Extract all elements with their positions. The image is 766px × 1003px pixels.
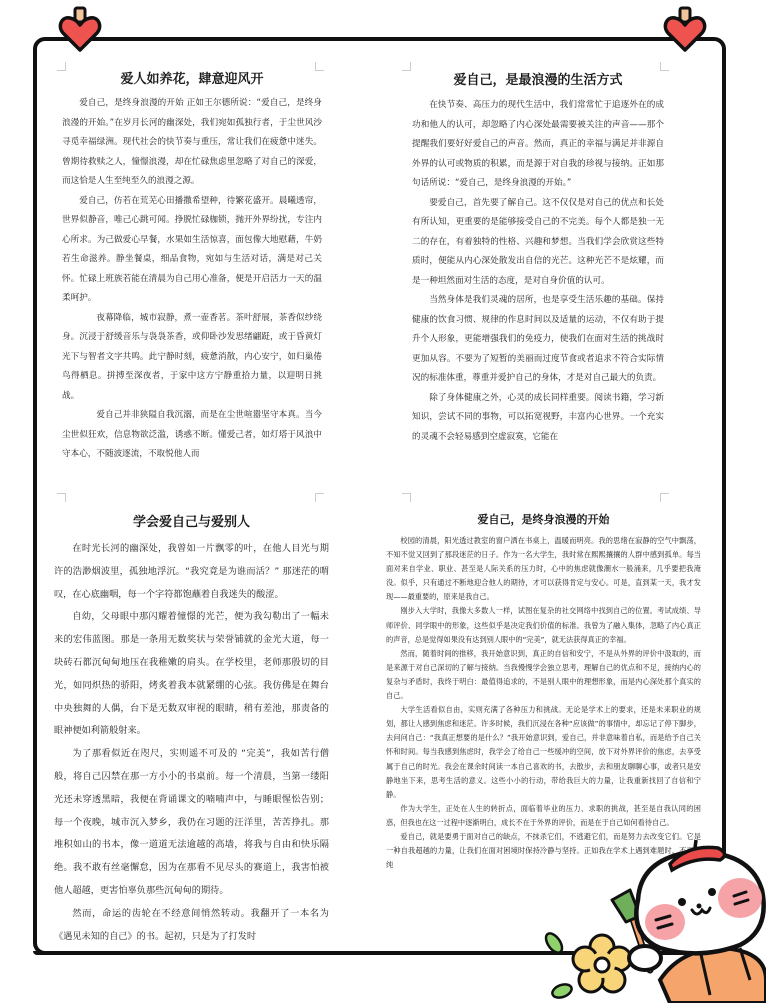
article-paragraph: 自幼，父母眼中那闪耀着憧憬的光芒，便为我勾勒出了一幅未来的宏伟蓝图。那是一条用无… (54, 606, 329, 743)
crop-mark (660, 493, 669, 502)
article-paragraph: 在时光长河的幽深处，我曾如一片飘零的叶，在他人目光与期许的浩渺烟波里，孤独地浮沉… (54, 538, 329, 606)
article-title: 爱自己，是最浪漫的生活方式 (412, 70, 664, 92)
article-paragraph: 爱自己，仿若在荒芜心田播撒希望种，待繁花盛开。晨曦透帘，世界似静音，唯己心跳可闻… (62, 192, 322, 309)
cat-painter-sticker-icon (600, 830, 766, 1003)
heart-pin-icon (663, 6, 707, 52)
article-paragraph: 然而，随着时间的推移，我开始意识到，真正的自信和安宁，不是从外界的评价中汲取的，… (386, 647, 701, 703)
crop-mark (402, 62, 411, 71)
crop-mark (57, 493, 66, 502)
article-page-3: 学会爱自己与爱别人 在时光长河的幽深处，我曾如一片飘零的叶，在他人目光与期许的浩… (54, 512, 329, 952)
article-paragraph: 爱自己并非狭隘自我沉溺，而是在尘世喧嚣坚守本真。当今尘世似狂欢，信息物欲泛滥，诱… (62, 406, 322, 465)
article-title: 爱自己，是终身浪漫的开始 (386, 510, 701, 530)
crop-mark (402, 493, 411, 502)
article-paragraph: 刚步入大学时，我像大多数人一样，试图在复杂的社交网络中找到自己的位置。考试成绩、… (386, 604, 701, 646)
article-title: 爱人如养花，肆意迎风开 (62, 70, 322, 90)
article-paragraph: 除了身体健康之外，心灵的成长同样重要。阅读书籍，学习新知识，尝试不同的事物，可以… (412, 389, 664, 448)
article-page-2: 爱自己，是最浪漫的生活方式 在快节奏、高压力的现代生活中，我们常常忙于追逐外在的… (412, 70, 664, 447)
article-paragraph: 在快节奏、高压力的现代生活中，我们常常忙于追逐外在的成功和他人的认可，却忽略了内… (412, 96, 664, 194)
article-paragraph: 爱自己，是终身浪漫的开始 正如王尔德所说：“爱自己，是终身浪漫的开始。”在岁月长… (62, 94, 322, 192)
article-paragraph: 夜幕降临，城市寂静，煮一壶香茗。茶叶舒展，茶香似纱绕身。沉浸于舒缓音乐与袅袅茶香… (62, 309, 322, 407)
article-title: 学会爱自己与爱别人 (54, 512, 329, 534)
article-paragraph: 要爱自己，首先要了解自己。这不仅仅是对自己的优点和长处有所认知，更重要的是能够接… (412, 194, 664, 292)
article-paragraph: 作为大学生，正处在人生的转折点，面临着毕业的压力、求职的挑战，甚至是自我认同的困… (386, 802, 701, 830)
article-paragraph: 校园的清晨，阳光透过教室的窗户洒在书桌上，温暖而明亮。我的思绪在寂静的空气中飘荡… (386, 534, 701, 604)
article-paragraph: 然而，命运的齿轮在不经意间悄然转动。我翻开了一本名为《遇见未知的自己》的书。起初… (54, 903, 329, 949)
heart-pin-icon (58, 6, 102, 52)
article-paragraph: 为了那看似近在咫尺，实则遥不可及的 “完美”，我如苦行僧般，将自己囚禁在那一方小… (54, 743, 329, 903)
crop-mark (315, 493, 324, 502)
article-paragraph: 大学生活看似自由，实则充满了各种压力和挑战。无论是学术上的要求，还是未来职业的规… (386, 703, 701, 802)
article-page-1: 爱人如养花，肆意迎风开 爱自己，是终身浪漫的开始 正如王尔德所说：“爱自己，是终… (62, 70, 322, 465)
article-paragraph: 当然身体是我们灵魂的居所，也是享受生活乐趣的基础。保持健康的饮食习惯、规律的作息… (412, 291, 664, 389)
